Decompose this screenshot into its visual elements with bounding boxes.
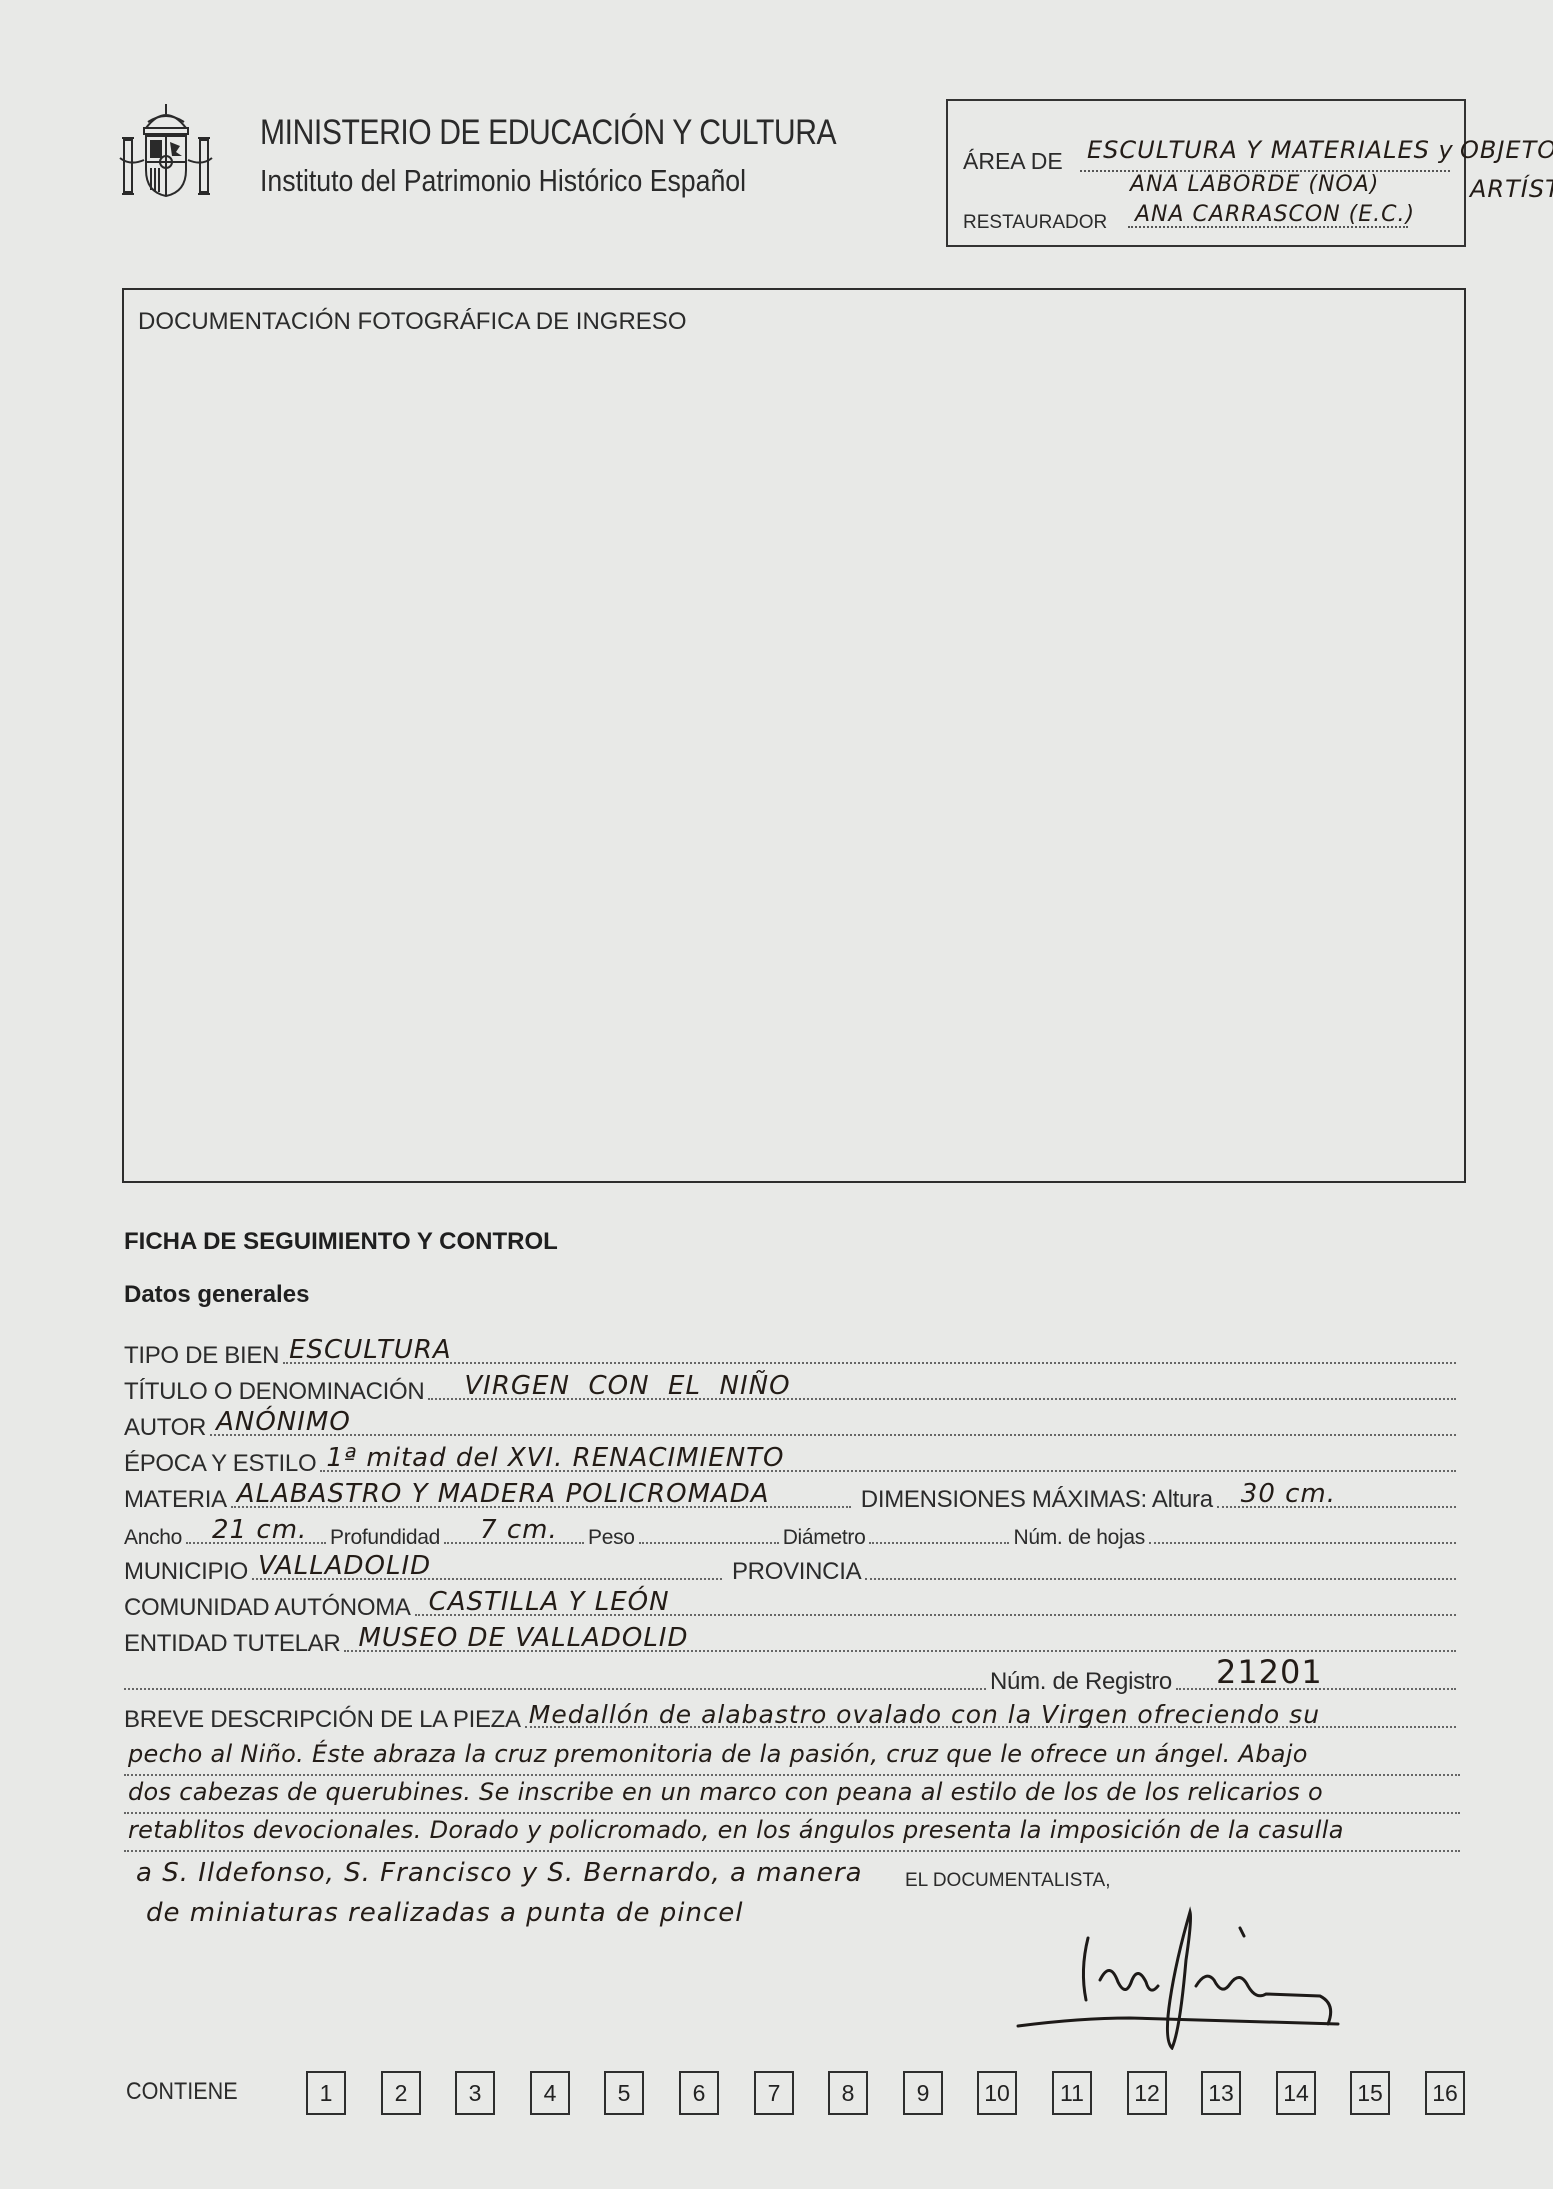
photo-documentation-box: [122, 288, 1466, 1183]
ancho-input[interactable]: 21 cm.: [186, 1542, 326, 1544]
ancho-label: Ancho: [124, 1526, 182, 1550]
area-label: ÁREA DE: [963, 148, 1063, 175]
descripcion-line-2: pecho al Niño. Éste abraza la cruz premo…: [128, 1740, 1308, 1768]
restaurador-value[interactable]: ANA CARRASCON (E.C.): [1135, 202, 1415, 227]
diametro-label: Diámetro: [783, 1526, 866, 1550]
peso-label: Peso: [588, 1526, 635, 1550]
institute-name: Instituto del Patrimonio Histórico Españ…: [260, 163, 746, 199]
titulo-input[interactable]: VIRGEN CON EL NIÑO: [428, 1398, 1456, 1400]
contiene-box[interactable]: 9: [903, 2071, 943, 2115]
area-value-overflow: OBJETOS: [1460, 136, 1553, 164]
field-autor: AUTOR ANÓNIMO: [124, 1408, 1460, 1442]
descripcion-line-4: retablitos devocionales. Dorado y policr…: [128, 1816, 1344, 1844]
dimensiones-label: DIMENSIONES MÁXIMAS: Altura: [861, 1486, 1213, 1514]
comunidad-label: COMUNIDAD AUTÓNOMA: [124, 1594, 411, 1622]
descripcion-dotted-line: [124, 1812, 1460, 1814]
photo-section-title: DOCUMENTACIÓN FOTOGRÁFICA DE INGRESO: [138, 308, 686, 336]
epoca-input[interactable]: 1ª mitad del XVI. RENACIMIENTO: [320, 1470, 1456, 1472]
tipo-de-bien-value: ESCULTURA: [289, 1335, 452, 1365]
municipio-value: VALLADOLID: [258, 1551, 431, 1581]
provincia-label: PROVINCIA: [732, 1558, 861, 1586]
registro-input[interactable]: 21201: [1176, 1688, 1456, 1690]
titulo-label: TÍTULO O DENOMINACIÓN: [124, 1378, 424, 1406]
contiene-box[interactable]: 13: [1201, 2071, 1241, 2115]
contiene-box[interactable]: 6: [679, 2071, 719, 2115]
field-tipo-de-bien: TIPO DE BIEN ESCULTURA: [124, 1336, 1460, 1370]
contiene-box[interactable]: 4: [530, 2071, 570, 2115]
autor-label: AUTOR: [124, 1414, 206, 1442]
peso-input[interactable]: [639, 1542, 779, 1544]
contiene-box[interactable]: 1: [306, 2071, 346, 2115]
contiene-box[interactable]: 15: [1350, 2071, 1390, 2115]
field-comunidad: COMUNIDAD AUTÓNOMA CASTILLA Y LEÓN: [124, 1588, 1460, 1622]
registro-value: 21201: [1216, 1653, 1323, 1691]
contiene-box[interactable]: 8: [828, 2071, 868, 2115]
descripcion-dotted-line: [124, 1850, 1460, 1852]
provincia-input[interactable]: [865, 1578, 1456, 1580]
materia-input[interactable]: ALABASTRO Y MADERA POLICROMADA: [231, 1506, 851, 1508]
contiene-box[interactable]: 2: [381, 2071, 421, 2115]
contiene-box[interactable]: 11: [1052, 2071, 1092, 2115]
contiene-box[interactable]: 16: [1425, 2071, 1465, 2115]
tipo-de-bien-label: TIPO DE BIEN: [124, 1342, 279, 1370]
contiene-box[interactable]: 7: [754, 2071, 794, 2115]
ministry-name: MINISTERIO DE EDUCACIÓN Y CULTURA: [260, 113, 836, 153]
documentalista-label: EL DOCUMENTALISTA,: [905, 1870, 1111, 1892]
descripcion-line-5: a S. Ildefonso, S. Francisco y S. Bernar…: [136, 1858, 863, 1888]
contiene-box[interactable]: 10: [977, 2071, 1017, 2115]
ficha-title: FICHA DE SEGUIMIENTO Y CONTROL: [124, 1228, 558, 1256]
descripcion-input[interactable]: Medallón de alabastro ovalado con la Vir…: [525, 1726, 1456, 1728]
contiene-label: CONTIENE: [126, 2078, 238, 2106]
comunidad-value: CASTILLA Y LEÓN: [429, 1587, 670, 1617]
municipio-input[interactable]: VALLADOLID: [252, 1578, 722, 1580]
contiene-box[interactable]: 5: [604, 2071, 644, 2115]
profundidad-label: Profundidad: [330, 1526, 440, 1550]
field-descripcion: BREVE DESCRIPCIÓN DE LA PIEZA Medallón d…: [124, 1700, 1460, 1734]
profundidad-value: 7 cm.: [480, 1515, 558, 1545]
autor-value: ANÓNIMO: [216, 1407, 351, 1437]
epoca-value: 1ª mitad del XVI. RENACIMIENTO: [326, 1443, 784, 1473]
altura-input[interactable]: 30 cm.: [1217, 1506, 1456, 1508]
tipo-de-bien-input[interactable]: ESCULTURA: [283, 1362, 1456, 1364]
epoca-label: ÉPOCA Y ESTILO: [124, 1450, 316, 1478]
area-value[interactable]: ESCULTURA Y MATERIALES y: [1087, 136, 1454, 164]
profundidad-input[interactable]: 7 cm.: [444, 1542, 584, 1544]
descripcion-line-3: dos cabezas de querubines. Se inscribe e…: [128, 1778, 1323, 1806]
area-value-line2: ANA LABORDE (NOA): [1130, 172, 1379, 197]
descripcion-line-1: Medallón de alabastro ovalado con la Vir…: [529, 1700, 1320, 1729]
field-epoca: ÉPOCA Y ESTILO 1ª mitad del XVI. RENACIM…: [124, 1444, 1460, 1478]
coat-of-arms-icon: [118, 100, 214, 200]
num-hojas-input[interactable]: [1149, 1542, 1456, 1544]
diametro-input[interactable]: [869, 1542, 1009, 1544]
autor-input[interactable]: ANÓNIMO: [210, 1434, 1456, 1436]
materia-label: MATERIA: [124, 1486, 227, 1514]
ficha-subtitle: Datos generales: [124, 1281, 309, 1309]
field-medidas: Ancho 21 cm. Profundidad 7 cm. Peso Diám…: [124, 1516, 1460, 1550]
descripcion-label: BREVE DESCRIPCIÓN DE LA PIEZA: [124, 1706, 521, 1734]
contiene-box[interactable]: 14: [1276, 2071, 1316, 2115]
ancho-value: 21 cm.: [212, 1515, 307, 1545]
area-value-line2-overflow: ARTÍST.: [1470, 175, 1553, 203]
registro-label: Núm. de Registro: [990, 1668, 1172, 1696]
field-materia-dimensiones: MATERIA ALABASTRO Y MADERA POLICROMADA D…: [124, 1480, 1460, 1514]
titulo-value: VIRGEN CON EL NIÑO: [464, 1371, 790, 1401]
restaurador-label: RESTAURADOR: [963, 212, 1107, 234]
comunidad-input[interactable]: CASTILLA Y LEÓN: [415, 1614, 1456, 1616]
entidad-input[interactable]: MUSEO DE VALLADOLID: [344, 1650, 1456, 1652]
registro-leader-dots: [124, 1688, 986, 1690]
contiene-box[interactable]: 3: [455, 2071, 495, 2115]
contiene-box[interactable]: 12: [1127, 2071, 1167, 2115]
entidad-value: MUSEO DE VALLADOLID: [358, 1623, 688, 1653]
materia-value: ALABASTRO Y MADERA POLICROMADA: [237, 1479, 770, 1509]
num-hojas-label: Núm. de hojas: [1013, 1526, 1145, 1550]
field-registro: Núm. de Registro 21201: [124, 1662, 1460, 1696]
entidad-label: ENTIDAD TUTELAR: [124, 1630, 340, 1658]
field-municipio-provincia: MUNICIPIO VALLADOLID PROVINCIA: [124, 1552, 1460, 1586]
field-titulo: TÍTULO O DENOMINACIÓN VIRGEN CON EL NIÑO: [124, 1372, 1460, 1406]
descripcion-line-6: de miniaturas realizadas a punta de pinc…: [146, 1898, 743, 1928]
altura-value: 30 cm.: [1241, 1479, 1336, 1509]
signature-icon: [1000, 1900, 1360, 2050]
municipio-label: MUNICIPIO: [124, 1558, 248, 1586]
descripcion-dotted-line: [124, 1774, 1460, 1776]
